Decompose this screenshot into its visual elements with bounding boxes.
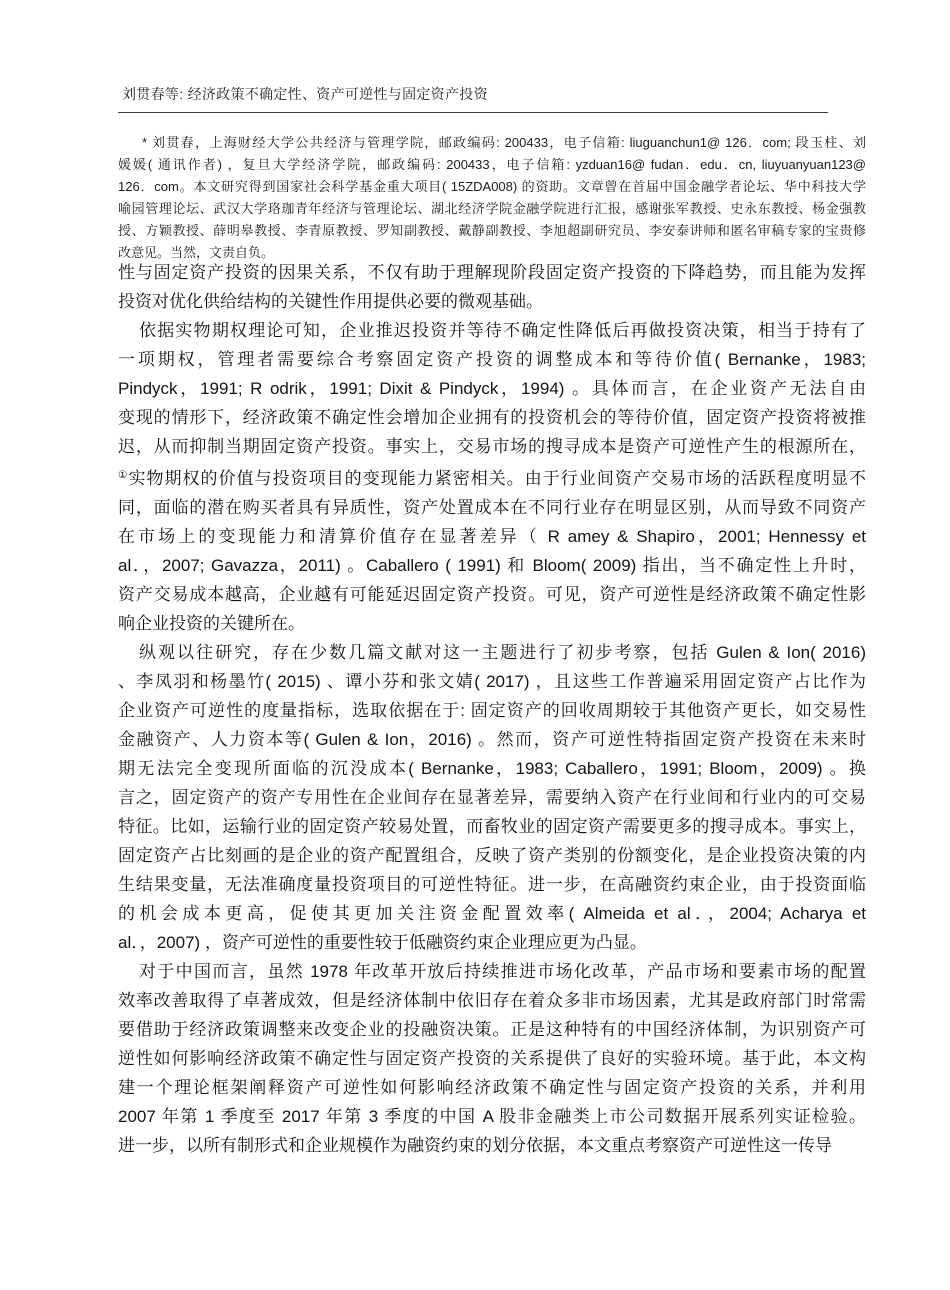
body-line: 资产交易成本越高，企业越有可能延迟固定资产投资。可见，资产可逆性是经济政策不确定… (118, 580, 866, 609)
body-line: 同，面临的潜在购买者具有异质性，资产处置成本在不同行业存在明显区别，从而导致不同… (118, 493, 866, 522)
body-line: 对于中国而言，虽然 1978 年改革开放后持续推进市场化改革，产品市场和要素市场… (118, 957, 866, 986)
footnote-line: 媛媛( 通讯作者) ，复旦大学经济学院，邮政编码: 200433，电子信箱: y… (118, 154, 866, 176)
body-line: 要借助于经济政策调整来改变企业的投融资决策。正是这种特有的中国经济体制，为识别资… (118, 1015, 866, 1044)
footnote-line: * 刘贯春，上海财经大学公共经济与管理学院，邮政编码: 200433，电子信箱:… (118, 132, 866, 154)
footnote-block: * 刘贯春，上海财经大学公共经济与管理学院，邮政编码: 200433，电子信箱:… (118, 132, 866, 264)
header-divider (118, 112, 828, 113)
body-line: 期无法完全变现所面临的沉没成本( Bernanke，1983; Caballer… (118, 754, 866, 783)
body-line: 言之，固定资产的资产专用性在企业间存在显著差异，需要纳入资产在行业间和行业内的可… (118, 783, 866, 812)
body-line: 特征。比如，运输行业的固定资产较易处置，而畜牧业的固定资产需要更多的搜寻成本。事… (118, 812, 866, 841)
body-line: Pindyck，1991; R odrik，1991; Dixit & Pind… (118, 374, 866, 403)
page-body-text: 性与固定资产投资的因果关系，不仅有助于理解现阶段固定资产投资的下降趋势，而且能为… (118, 258, 866, 1160)
body-line: 的机会成本更高，促使其更加关注资金配置效率( Almeida et al．，20… (118, 899, 866, 928)
page: 刘贯春等: 经济政策不确定性、资产可逆性与固定资产投资 * 刘贯春，上海财经大学… (0, 0, 950, 1290)
body-line: 迟，从而抑制当期固定资产投资。事实上，交易市场的搜寻成本是资产可逆性产生的根源所… (118, 432, 866, 461)
body-line: 2007 年第 1 季度至 2017 年第 3 季度的中国 A 股非金融类上市公… (118, 1102, 866, 1131)
body-line: 投资对优化供给结构的关键性作用提供必要的微观基础。 (118, 287, 866, 316)
footnote-line: 126．com。本文研究得到国家社会科学基金重大项目( 15ZDA008) 的资… (118, 176, 866, 198)
body-line: 进一步，以所有制形式和企业规模作为融资约束的划分依据，本文重点考察资产可逆性这一… (118, 1131, 866, 1160)
body-line: 企业资产可逆性的度量指标，选取依据在于: 固定资产的回收周期较于其他资产更长，如… (118, 696, 866, 725)
body-line: 一项期权，管理者需要综合考察固定资产投资的调整成本和等待价值( Bernanke… (118, 345, 866, 374)
body-line: 纵观以往研究，存在少数几篇文献对这一主题进行了初步考察，包括 Gulen & I… (118, 638, 866, 667)
footnote-line: 喻园管理论坛、武汉大学珞珈青年经济与管理论坛、湖北经济学院金融学院进行汇报，感谢… (118, 198, 866, 220)
body-line-with-footnote-marker: ①实物期权的价值与投资项目的变现能力紧密相关。由于行业间资产交易市场的活跃程度明… (118, 461, 866, 493)
body-line: al．，2007) ，资产可逆性的重要性较于低融资约束企业理应更为凸显。 (118, 928, 866, 957)
body-line: 、李凤羽和杨墨竹( 2015) 、谭小芬和张文婧( 2017) ，且这些工作普遍… (118, 667, 866, 696)
running-header: 刘贯春等: 经济政策不确定性、资产可逆性与固定资产投资 (122, 84, 870, 104)
body-line: 金融资产、人力资本等( Gulen & Ion，2016) 。然而，资产可逆性特… (118, 725, 866, 754)
body-line: 生结果变量，无法准确度量投资项目的可逆性特征。进一步，在高融资约束企业，由于投资… (118, 870, 866, 899)
body-line: 建一个理论框架阐释资产可逆性如何影响经济政策不确定性与固定资产投资的关系，并利用 (118, 1073, 866, 1102)
body-line: 效率改善取得了卓著成效，但是经济体制中依旧存在着众多非市场因素，尤其是政府部门时… (118, 986, 866, 1015)
body-line: 依据实物期权理论可知，企业推迟投资并等待不确定性降低后再做投资决策，相当于持有了 (118, 316, 866, 345)
body-line: 性与固定资产投资的因果关系，不仅有助于理解现阶段固定资产投资的下降趋势，而且能为… (118, 258, 866, 287)
body-line: 变现的情形下，经济政策不确定性会增加企业拥有的投资机会的等待价值，固定资产投资将… (118, 403, 866, 432)
footnote-line: 授、方颖教授、薛明皋教授、李青原教授、罗知副教授、戴静副教授、李旭超副研究员、李… (118, 220, 866, 242)
body-line: 响企业投资的关键所在。 (118, 609, 866, 638)
body-line: al．，2007; Gavazza，2011) 。Caballero ( 199… (118, 551, 866, 580)
body-line: 固定资产占比刻画的是企业的资产配置组合，反映了资产类别的份额变化，是企业投资决策… (118, 841, 866, 870)
body-line: 逆性如何影响经济政策不确定性与固定资产投资的关系提供了良好的实验环境。基于此，本… (118, 1044, 866, 1073)
body-line: 在市场上的变现能力和清算价值存在显著差异（ R amey & Shapiro，2… (118, 522, 866, 551)
